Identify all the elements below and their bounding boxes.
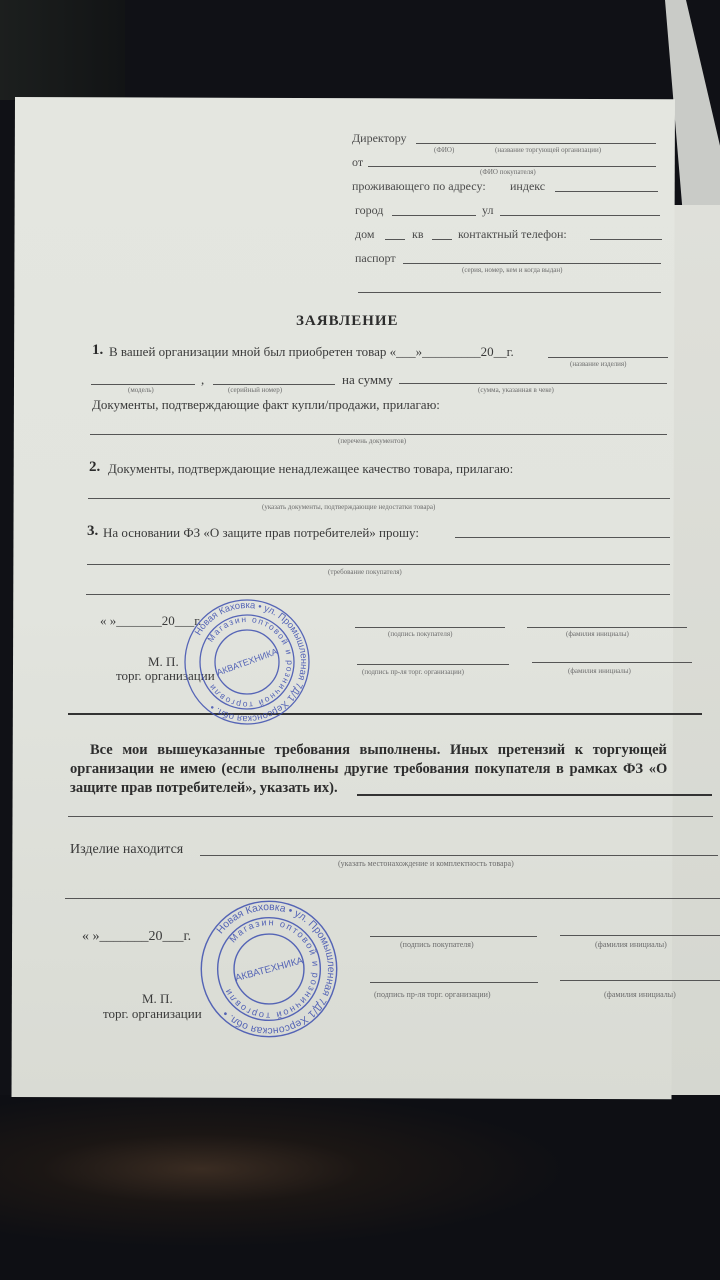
closing-text-3: защите прав потребителей», указать их). bbox=[70, 780, 338, 797]
background-table bbox=[0, 1095, 720, 1280]
location-field-2[interactable] bbox=[65, 898, 720, 899]
apt-label: кв bbox=[412, 227, 424, 242]
document-paper bbox=[12, 97, 675, 1099]
director-field[interactable] bbox=[416, 143, 656, 144]
divider bbox=[68, 713, 702, 715]
section-1-text: В вашей организации мной был приобретен … bbox=[109, 344, 514, 360]
serial-number-field[interactable] bbox=[213, 384, 335, 385]
section-number: 2. bbox=[89, 459, 100, 476]
quality-docs-field[interactable] bbox=[88, 498, 670, 499]
phone-label: контактный телефон: bbox=[458, 227, 567, 242]
seller-name-field[interactable] bbox=[532, 662, 692, 663]
docs-field[interactable] bbox=[90, 434, 667, 435]
section-number: 3. bbox=[87, 523, 98, 540]
document-title: ЗАЯВЛЕНИЕ bbox=[296, 313, 399, 330]
org-label: торг. организации bbox=[103, 1006, 202, 1022]
caption: (название торгующей организации) bbox=[495, 146, 601, 154]
address-label: проживающего по адресу: bbox=[352, 179, 486, 194]
other-requirements-field-2[interactable] bbox=[68, 816, 713, 817]
passport-field-2[interactable] bbox=[358, 292, 661, 293]
location-label: Изделие находится bbox=[70, 842, 183, 858]
from-label: от bbox=[352, 155, 363, 170]
background-dark-left bbox=[0, 0, 125, 100]
house-field[interactable] bbox=[385, 239, 405, 240]
apt-field[interactable] bbox=[432, 239, 452, 240]
caption: (подпись покупателя) bbox=[388, 630, 452, 638]
caption: (указать документы, подтверждающие недос… bbox=[262, 503, 435, 511]
docs-text: Документы, подтверждающие факт купли/про… bbox=[92, 397, 440, 413]
company-stamp: Новая Каховка • ул. Промышленная 7Д/1 Хе… bbox=[198, 898, 340, 1040]
phone-field[interactable] bbox=[590, 239, 662, 240]
buyer-name-field[interactable] bbox=[560, 935, 720, 936]
closing-text-1: Все мои вышеуказанные требования выполне… bbox=[90, 742, 667, 759]
closing-text-2: организации не имею (если выполнены друг… bbox=[70, 761, 667, 778]
buyer-name-field[interactable] bbox=[527, 627, 687, 628]
request-field-3[interactable] bbox=[86, 594, 670, 595]
caption: (подпись пр-ля торг. организации) bbox=[374, 990, 491, 999]
caption: (модель) bbox=[128, 386, 154, 394]
caption: (сумма, указанная в чеке) bbox=[478, 386, 554, 394]
caption: (название изделия) bbox=[570, 360, 626, 368]
buyer-signature-field[interactable] bbox=[370, 936, 537, 937]
caption: (фамилия инициалы) bbox=[595, 940, 667, 949]
section-number: 1. bbox=[92, 342, 103, 359]
mp-label: М. П. bbox=[142, 991, 173, 1007]
date-field[interactable]: « »_______20___г. bbox=[82, 929, 191, 945]
seller-signature-field[interactable] bbox=[357, 664, 509, 665]
other-requirements-field[interactable] bbox=[357, 794, 712, 796]
stamp-center-text: АКВАТЕХНИКА bbox=[234, 955, 305, 984]
caption: (подпись покупателя) bbox=[400, 940, 474, 949]
product-name-field[interactable] bbox=[548, 357, 668, 358]
sum-label: на сумму bbox=[342, 372, 393, 388]
passport-label: паспорт bbox=[355, 251, 396, 266]
section-3-text: На основании ФЗ «О защите прав потребите… bbox=[103, 525, 419, 541]
company-stamp: Новая Каховка • ул. Промышленная 7Д/1 Хе… bbox=[182, 597, 312, 727]
caption: (серийный номер) bbox=[228, 386, 282, 394]
caption: (подпись пр-ля торг. организации) bbox=[362, 668, 464, 676]
stamp-center-text: АКВАТЕХНИКА bbox=[215, 646, 279, 677]
caption: (ФИО) bbox=[434, 146, 454, 154]
caption: (фамилия инициалы) bbox=[566, 630, 629, 638]
seller-name-field[interactable] bbox=[560, 980, 720, 981]
caption: (указать местонахождение и комплектность… bbox=[338, 859, 514, 868]
caption: (требование покупателя) bbox=[328, 568, 402, 576]
caption: (фамилия инициалы) bbox=[604, 990, 676, 999]
request-field-2[interactable] bbox=[87, 564, 670, 565]
section-2-text: Документы, подтверждающие ненадлежащее к… bbox=[108, 461, 513, 477]
request-field[interactable] bbox=[455, 537, 670, 538]
sum-field[interactable] bbox=[399, 383, 667, 384]
buyer-signature-field[interactable] bbox=[355, 627, 505, 628]
caption: (серия, номер, кем и когда выдан) bbox=[462, 266, 563, 274]
location-field[interactable] bbox=[200, 855, 718, 856]
seller-signature-field[interactable] bbox=[370, 982, 538, 983]
director-label: Директору bbox=[352, 131, 407, 146]
caption: (перечень документов) bbox=[338, 437, 406, 445]
street-field[interactable] bbox=[500, 215, 660, 216]
comma: , bbox=[201, 372, 204, 388]
city-field[interactable] bbox=[392, 215, 476, 216]
model-field[interactable] bbox=[91, 384, 195, 385]
house-label: дом bbox=[355, 227, 374, 242]
caption: (фамилия инициалы) bbox=[568, 667, 631, 675]
street-label: ул bbox=[482, 203, 493, 218]
caption: (ФИО покупателя) bbox=[480, 168, 536, 176]
index-field[interactable] bbox=[555, 191, 658, 192]
from-field[interactable] bbox=[368, 166, 656, 167]
passport-field[interactable] bbox=[403, 263, 661, 264]
index-label: индекс bbox=[510, 179, 545, 194]
city-label: город bbox=[355, 203, 383, 218]
